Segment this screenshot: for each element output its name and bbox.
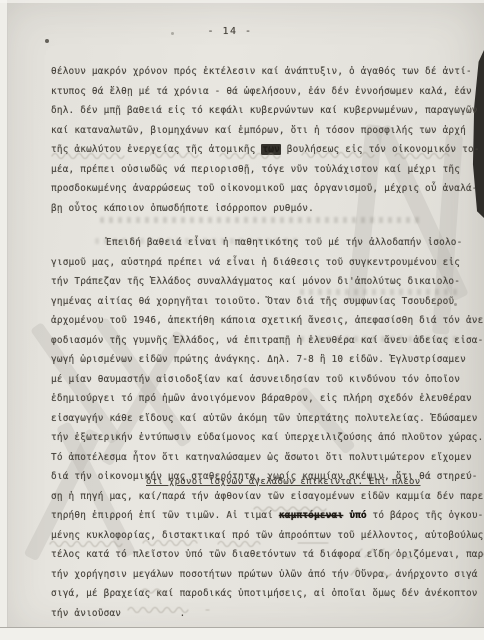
pencil-annotation	[352, 546, 424, 560]
interline-insertion: ὅτι χρόνοι ἰσχνῶν ἀγελάδων ἐπίκεινται. Ἐ…	[146, 477, 421, 487]
paper-bottom-edge	[0, 627, 484, 640]
text-line: φοδιασμόν τῆς γυμνῆς Ἑλλάδος, νά ἐπιτραπ…	[51, 331, 466, 351]
pencil-annotation	[349, 566, 407, 578]
page-number: - 14 -	[0, 26, 460, 37]
text-line: γισμοῦ μας, αὐστηρά πρέπει νά εἶναι ἡ δι…	[51, 253, 466, 273]
pencil-annotation	[48, 537, 348, 549]
text-line: εἰσαγωγήν κάθε εἴδους καί αὐτῶν ἀκόμη τῶ…	[51, 409, 466, 429]
ink-speck	[171, 32, 174, 35]
text-line: γωγή ὡρισμένων εἰδῶν πρώτης ἀνάγκης. Δηλ…	[51, 350, 466, 370]
text-line: Ἐπειδή βαθειά εἶναι ἡ παθητικότης τοῦ μέ…	[51, 233, 466, 253]
ink-speck	[45, 39, 49, 43]
text-line: ἀρχομένου τοῦ 1946, ἀπεκτήθη κάποια σχετ…	[51, 311, 466, 331]
text-line: θέλουν μακρόν χρόνον πρός ἐκτέλεσιν καί …	[51, 62, 466, 82]
text-line: μέ μίαν θαυμαστήν αἰσιοδοξίαν καί ἀσυνει…	[51, 370, 466, 390]
paper-left-edge	[0, 0, 8, 640]
pencil-annotation	[252, 503, 332, 513]
text-line: σιγά, μέ βραχείας καί παροδικάς ὑποτιμήσ…	[51, 584, 466, 604]
pencil-annotation	[140, 585, 174, 595]
text-line: τήν ἀνιοῦσαν .	[51, 604, 466, 624]
text-line: βῃ οὗτος κάποιον ὁπωσδήποτε ἰσόρροπον ρυ…	[51, 199, 466, 219]
pencil-annotation	[126, 603, 216, 615]
text-line: καί καταναλωτῶν, βιομηχάνων καί ἐμπόρων,…	[51, 121, 466, 141]
text-line: μέα, πρέπει οὐσιωδῶς νά περιορισθῇ, τόγε…	[51, 160, 466, 180]
text-line: τήν Τράπεζαν τῆς Ἑλλάδος συναλλάγματος κ…	[51, 272, 466, 292]
text-line: τήν ἐξωτερικήν ἐντύπωσιν εὐδαίμονος καί …	[51, 428, 466, 448]
text-line: δηλ. δέν μπῇ βαθειά εἰς τό κεφάλι κυβερν…	[51, 101, 466, 121]
text-line: κτυπος θά ἔλθῃ μέ τά χρόνια - θά ὠφελήσο…	[51, 82, 466, 102]
text-line: γημένας αἰτίας θά χορηγῆται τοιοῦτο. Ὅτα…	[51, 292, 466, 312]
text-line: προσδοκωμένης ἀναρρώσεως τοῦ οἰκονομικοῦ…	[51, 179, 466, 199]
text-line: ἐδημιούργει τό πρό ἡμῶν ἀνοιγόμενον βάρα…	[51, 389, 466, 409]
paper-top-edge	[0, 0, 484, 3]
bold-word: ὑπό	[349, 510, 367, 521]
text-line: Τό ἀποτέλεσμα ἦτον ὅτι κατηναλώσαμεν ὡς …	[51, 448, 466, 468]
pencil-annotation	[50, 148, 462, 162]
ink-speck	[454, 303, 457, 306]
scanned-document-page: - 14 - θέλουν μακρόν χρόνον πρός ἐκτέλεσ…	[0, 0, 484, 640]
